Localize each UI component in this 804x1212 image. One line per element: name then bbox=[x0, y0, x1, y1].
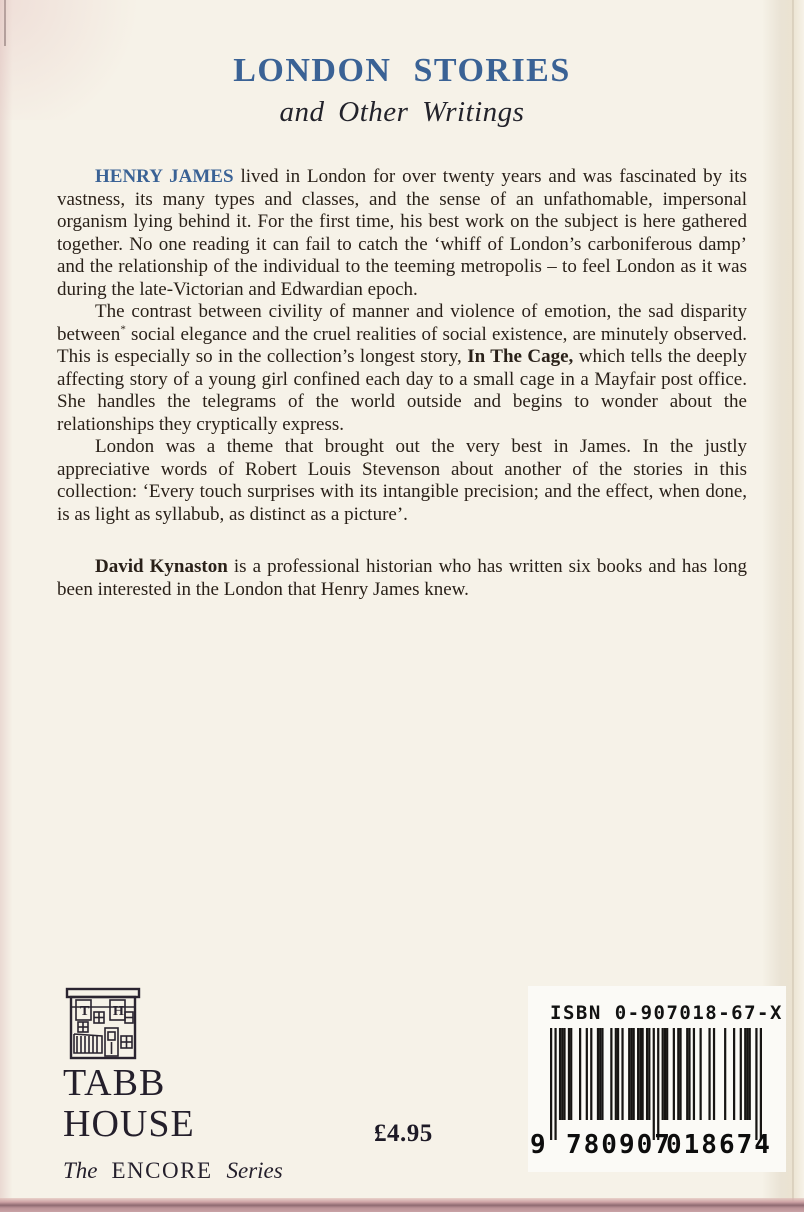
book-subtitle: and Other Writings bbox=[0, 96, 804, 129]
series-word-encore: ENCORE bbox=[112, 1158, 213, 1183]
left-edge-shading bbox=[0, 0, 14, 1212]
series-line: TheENCORESeries bbox=[63, 1158, 283, 1184]
storefront-icon: T H bbox=[64, 986, 142, 1062]
svg-text:H: H bbox=[113, 1004, 124, 1019]
price-label: £4.95 bbox=[374, 1120, 433, 1148]
series-word-series: Series bbox=[227, 1158, 283, 1183]
ean-digit-first: 9 bbox=[530, 1130, 548, 1160]
blurb-paragraph: HENRY JAMES lived in London for over twe… bbox=[57, 166, 747, 301]
blurb-paragraph: The contrast between civility of manner … bbox=[57, 301, 747, 436]
publisher-name-line1: TABB bbox=[63, 1063, 195, 1104]
ean-barcode: 9 780907 018674 bbox=[530, 1028, 776, 1160]
back-cover-blurb: HENRY JAMES lived in London for over twe… bbox=[57, 166, 747, 601]
publisher-name-line2: HOUSE bbox=[63, 1104, 195, 1145]
publisher-name: TABB HOUSE bbox=[63, 1063, 195, 1145]
barcode-bars bbox=[550, 1028, 762, 1144]
bottom-cover-edge bbox=[0, 1198, 804, 1212]
blurb-paragraph: David Kynaston is a professional histori… bbox=[57, 556, 747, 601]
book-title: LONDON STORIES bbox=[0, 52, 804, 90]
ean-digit-group1: 780907 bbox=[566, 1130, 672, 1160]
svg-text:T: T bbox=[80, 1004, 90, 1019]
page-curl-line bbox=[792, 0, 794, 1212]
book-back-cover: { "cover": { "title": "LONDON STORIES", … bbox=[0, 0, 804, 1212]
ean-digit-group2: 018674 bbox=[666, 1130, 772, 1160]
publisher-logo: T H bbox=[64, 986, 142, 1062]
isbn-label: ISBN 0-907018-67-X bbox=[550, 1002, 783, 1024]
blurb-paragraph: London was a theme that brought out the … bbox=[57, 436, 747, 526]
left-edge-scan-line bbox=[4, 0, 6, 46]
cover-header: LONDON STORIES and Other Writings bbox=[0, 52, 804, 129]
series-word-the: The bbox=[63, 1158, 98, 1183]
